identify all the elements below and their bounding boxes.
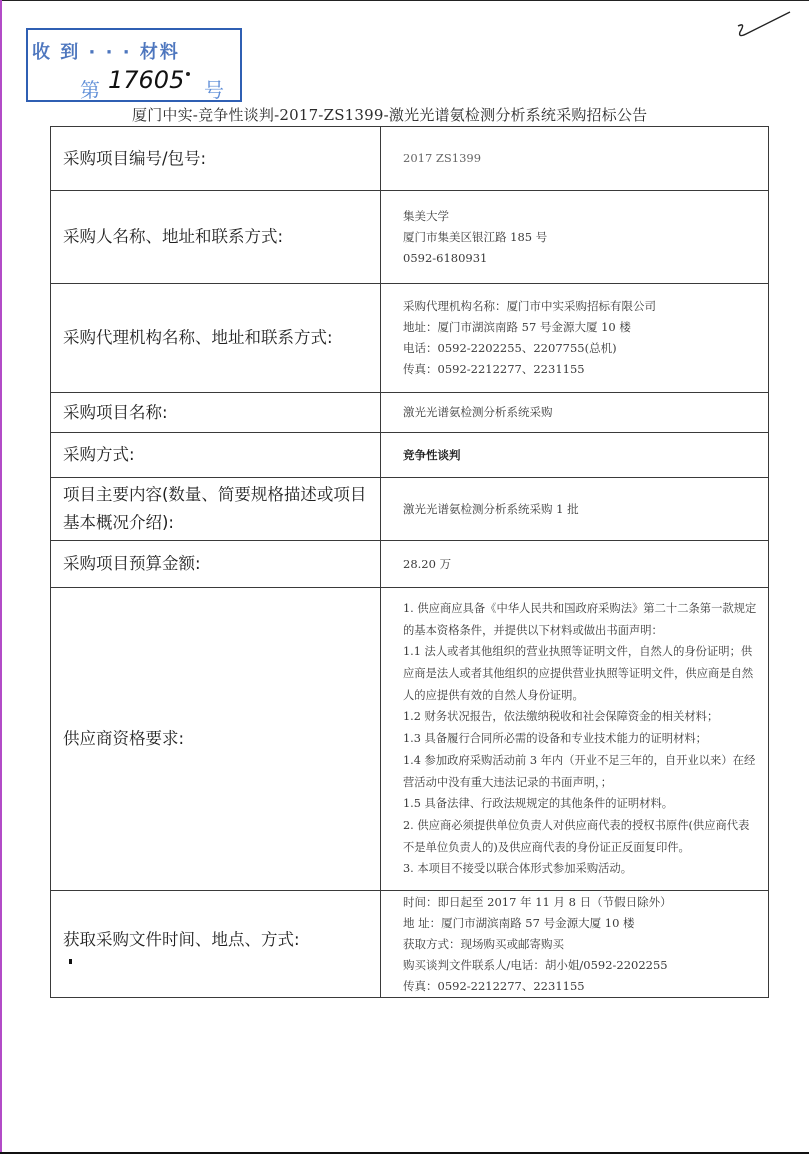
row-value: 时间：即日起至 2017 年 11 月 8 日（节假日除外） 地 址：厦门市湖滨… [381, 891, 769, 998]
acquisition-address: 地 址：厦门市湖滨南路 57 号金源大厦 10 楼 [403, 913, 758, 934]
row-value: 采购代理机构名称：厦门市中实采购招标有限公司 地址：厦门市湖滨南路 57 号金源… [381, 284, 769, 393]
agency-fax: 传真：0592-2212277、2231155 [403, 359, 758, 380]
acquisition-method: 获取方式：现场购买或邮寄购买 [403, 934, 758, 955]
row-value: 激光光谱氨检测分析系统采购 [381, 393, 769, 433]
document-title: 厦门中实-竞争性谈判-2017-ZS1399-激光光谱氨检测分析系统采购招标公告 [132, 104, 647, 125]
row-label: 获取采购文件时间、地点、方式: [51, 891, 381, 998]
agency-phone: 电话：0592-2202255、2207755(总机) [403, 338, 758, 359]
scan-left-edge [0, 0, 2, 1154]
requirement-item: 3. 本项目不接受以联合体形式参加采购活动。 [403, 858, 758, 880]
agency-address: 地址：厦门市湖滨南路 57 号金源大厦 10 楼 [403, 317, 758, 338]
requirement-item: 2. 供应商必须提供单位负责人对供应商代表的授权书原件(供应商代表不是单位负责人… [403, 815, 758, 858]
requirement-item: 1.2 财务状况报告，依法缴纳税收和社会保障资金的相关材料； [403, 706, 758, 728]
table-row-document-acquisition: 获取采购文件时间、地点、方式: 时间：即日起至 2017 年 11 月 8 日（… [51, 891, 769, 998]
scan-top-edge [0, 0, 809, 1]
acquisition-label: 获取采购文件时间、地点、方式: [63, 930, 300, 949]
purchaser-name: 集美大学 [403, 206, 758, 227]
row-label: 采购方式: [51, 433, 381, 478]
received-stamp: 收 到 · · · 材料 第 17605 号 [26, 28, 242, 102]
stamp-prefix: 第 [80, 74, 100, 103]
row-label: 供应商资格要求: [51, 588, 381, 891]
project-name: 激光光谱氨检测分析系统采购 [403, 402, 758, 423]
row-label: 采购项目编号/包号: [51, 127, 381, 191]
requirement-item: 1.1 法人或者其他组织的营业执照等证明文件，自然人的身份证明；供应商是法人或者… [403, 641, 758, 706]
row-value: 28.20 万 [381, 541, 769, 588]
table-row-budget: 采购项目预算金额: 28.20 万 [51, 541, 769, 588]
table-row-main-content: 项目主要内容(数量、简要规格描述或项目基本概况介绍): 激光光谱氨检测分析系统采… [51, 478, 769, 541]
row-label: 采购项目预算金额: [51, 541, 381, 588]
budget-amount: 28.20 万 [403, 554, 758, 575]
stamp-dot [186, 72, 190, 76]
requirement-item: 1. 供应商应具备《中华人民共和国政府采购法》第二十二条第一款规定的基本资格条件… [403, 598, 758, 641]
purchaser-address: 厦门市集美区银江路 185 号 [403, 227, 758, 248]
requirement-item: 1.4 参加政府采购活动前 3 年内（开业不足三年的，自开业以来）在经营活动中没… [403, 750, 758, 793]
table-row-supplier-requirements: 供应商资格要求: 1. 供应商应具备《中华人民共和国政府采购法》第二十二条第一款… [51, 588, 769, 891]
main-content: 激光光谱氨检测分析系统采购 1 批 [403, 499, 758, 520]
table-row-purchaser: 采购人名称、地址和联系方式: 集美大学 厦门市集美区银江路 185 号 0592… [51, 191, 769, 284]
stamp-number: 17605 [108, 66, 184, 94]
row-label: 采购项目名称: [51, 393, 381, 433]
acquisition-time: 时间：即日起至 2017 年 11 月 8 日（节假日除外） [403, 892, 758, 913]
requirement-item: 1.5 具备法律、行政法规规定的其他条件的证明材料。 [403, 793, 758, 815]
agency-name: 采购代理机构名称：厦门市中实采购招标有限公司 [403, 296, 758, 317]
stamp-suffix: 号 [204, 74, 224, 103]
row-value: 1. 供应商应具备《中华人民共和国政府采购法》第二十二条第一款规定的基本资格条件… [381, 588, 769, 891]
table-row-project-name: 采购项目名称: 激光光谱氨检测分析系统采购 [51, 393, 769, 433]
project-number: 2017 ZS1399 [403, 148, 758, 169]
acquisition-fax: 传真：0592-2212277、2231155 [403, 976, 758, 997]
stamp-header: 收 到 · · · 材料 [32, 38, 180, 64]
row-value: 激光光谱氨检测分析系统采购 1 批 [381, 478, 769, 541]
acquisition-contact: 购买谈判文件联系人/电话：胡小姐/0592-2202255 [403, 955, 758, 976]
row-value: 竞争性谈判 [381, 433, 769, 478]
row-label: 采购人名称、地址和联系方式: [51, 191, 381, 284]
row-value: 集美大学 厦门市集美区银江路 185 号 0592-6180931 [381, 191, 769, 284]
row-value: 2017 ZS1399 [381, 127, 769, 191]
purchaser-phone: 0592-6180931 [403, 248, 758, 269]
procurement-notice-table: 采购项目编号/包号: 2017 ZS1399 采购人名称、地址和联系方式: 集美… [50, 126, 769, 998]
table-row-project-number: 采购项目编号/包号: 2017 ZS1399 [51, 127, 769, 191]
requirement-item: 1.3 具备履行合同所必需的设备和专业技术能力的证明材料； [403, 728, 758, 750]
check-mark-icon [730, 8, 800, 48]
row-label: 采购代理机构名称、地址和联系方式: [51, 284, 381, 393]
table-row-agency: 采购代理机构名称、地址和联系方式: 采购代理机构名称：厦门市中实采购招标有限公司… [51, 284, 769, 393]
procurement-method: 竞争性谈判 [403, 445, 758, 466]
row-label: 项目主要内容(数量、简要规格描述或项目基本概况介绍): [51, 478, 381, 541]
ink-mark [69, 959, 72, 964]
table-row-procurement-method: 采购方式: 竞争性谈判 [51, 433, 769, 478]
